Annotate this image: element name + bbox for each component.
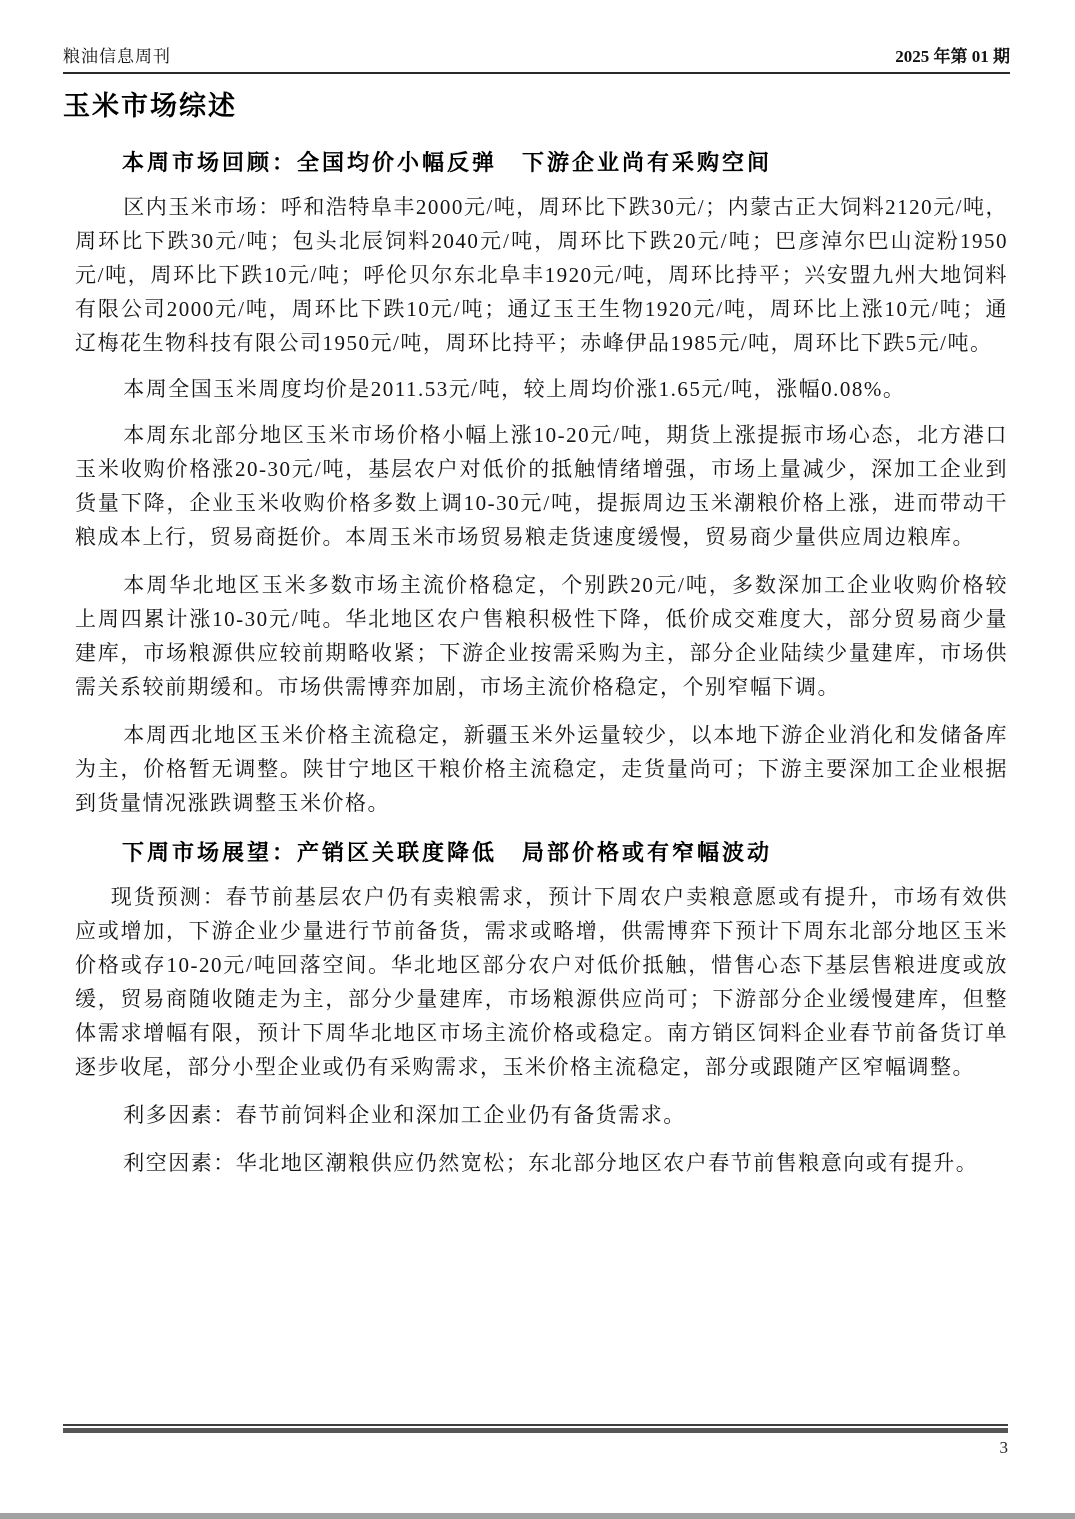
para-regional-corn-prices: 区内玉米市场：呼和浩特阜丰2000元/吨，周环比下跌30元/；内蒙古正大饲料21… — [75, 190, 1008, 360]
para-bearish-factors: 利空因素：华北地区潮粮供应仍然宽松；东北部分地区农户春节前售粮意向或有提升。 — [75, 1146, 1008, 1180]
journal-title: 粮油信息周刊 — [63, 42, 171, 67]
para-spot-forecast: 现货预测：春节前基层农户仍有卖粮需求，预计下周农户卖粮意愿或有提升，市场有效供应… — [75, 880, 1008, 1084]
para-northwest-market: 本周西北地区玉米价格主流稳定，新疆玉米外运量较少，以本地下游企业消化和发储备库为… — [75, 718, 1008, 820]
window-bottom-edge — [0, 1513, 1075, 1519]
document-content: 玉米市场综述 本周市场回顾：全国均价小幅反弹 下游企业尚有采购空间 区内玉米市场… — [75, 90, 1008, 1180]
para-northeast-market: 本周东北部分地区玉米市场价格小幅上涨10-20元/吨，期货上涨提振市场心态，北方… — [75, 418, 1008, 554]
section-heading-next-week-outlook: 下周市场展望：产销区关联度降低 局部价格或有窄幅波动 — [75, 838, 1008, 868]
para-national-weekly-average: 本周全国玉米周度均价是2011.53元/吨，较上周均价涨1.65元/吨，涨幅0.… — [75, 372, 1008, 406]
footer-divider-thin-line — [63, 1424, 1008, 1426]
issue-label: 2025 年第 01 期 — [895, 42, 1010, 67]
footer-divider — [63, 1424, 1008, 1433]
page-header: 粮油信息周刊 2025 年第 01 期 — [63, 0, 1010, 74]
section-heading-weekly-review: 本周市场回顾：全国均价小幅反弹 下游企业尚有采购空间 — [75, 148, 1008, 178]
footer-divider-thick-line — [63, 1428, 1008, 1433]
para-bullish-factors: 利多因素：春节前饲料企业和深加工企业仍有备货需求。 — [75, 1098, 1008, 1132]
para-north-china-market: 本周华北地区玉米多数市场主流价格稳定，个别跌20元/吨，多数深加工企业收购价格较… — [75, 568, 1008, 704]
page-title: 玉米市场综述 — [63, 90, 1008, 122]
document-page: 粮油信息周刊 2025 年第 01 期 玉米市场综述 本周市场回顾：全国均价小幅… — [0, 0, 1075, 1519]
page-number: 3 — [63, 1438, 1008, 1458]
